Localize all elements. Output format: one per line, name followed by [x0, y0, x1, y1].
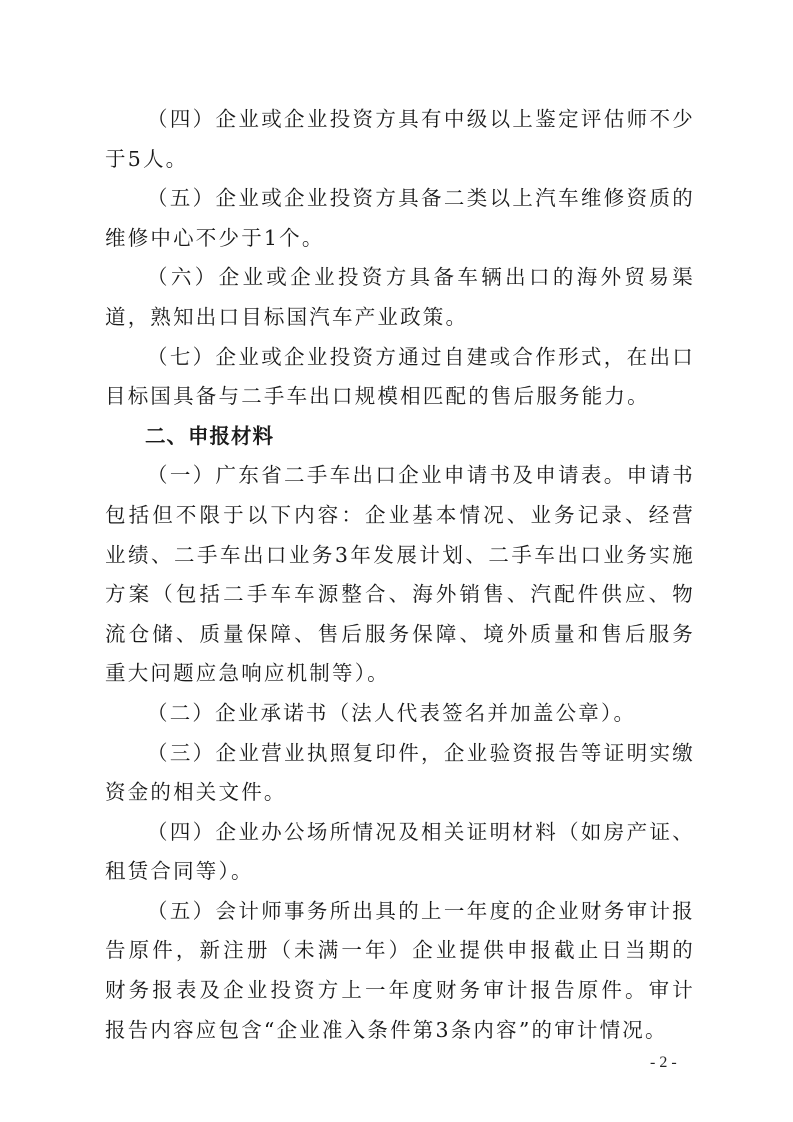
paragraph-material-2: （二）企业承诺书（法人代表签名并加盖公章）。	[105, 694, 695, 734]
paragraph-material-1: （一）广东省二手车出口企业申请书及申请表。申请书包括但不限于以下内容：企业基本情…	[105, 456, 695, 694]
paragraph-requirement-4: （四）企业或企业投资方具有中级以上鉴定评估师不少于5人。	[105, 100, 695, 179]
paragraph-requirement-5: （五）企业或企业投资方具备二类以上汽车维修资质的维修中心不少于1个。	[105, 179, 695, 258]
section-heading: 二、申报材料	[105, 417, 695, 457]
page-number: - 2 -	[650, 1054, 677, 1072]
paragraph-material-5: （五）会计师事务所出具的上一年度的企业财务审计报告原件，新注册（未满一年）企业提…	[105, 892, 695, 1050]
paragraph-material-3: （三）企业营业执照复印件，企业验资报告等证明实缴资金的相关文件。	[105, 734, 695, 813]
paragraph-requirement-6: （六）企业或企业投资方具备车辆出口的海外贸易渠道，熟知出口目标国汽车产业政策。	[105, 258, 695, 337]
paragraph-material-4: （四）企业办公场所情况及相关证明材料（如房产证、租赁合同等）。	[105, 813, 695, 892]
paragraph-requirement-7: （七）企业或企业投资方通过自建或合作形式，在出口目标国具备与二手车出口规模相匹配…	[105, 338, 695, 417]
document-page: （四）企业或企业投资方具有中级以上鉴定评估师不少于5人。 （五）企业或企业投资方…	[105, 100, 695, 1050]
